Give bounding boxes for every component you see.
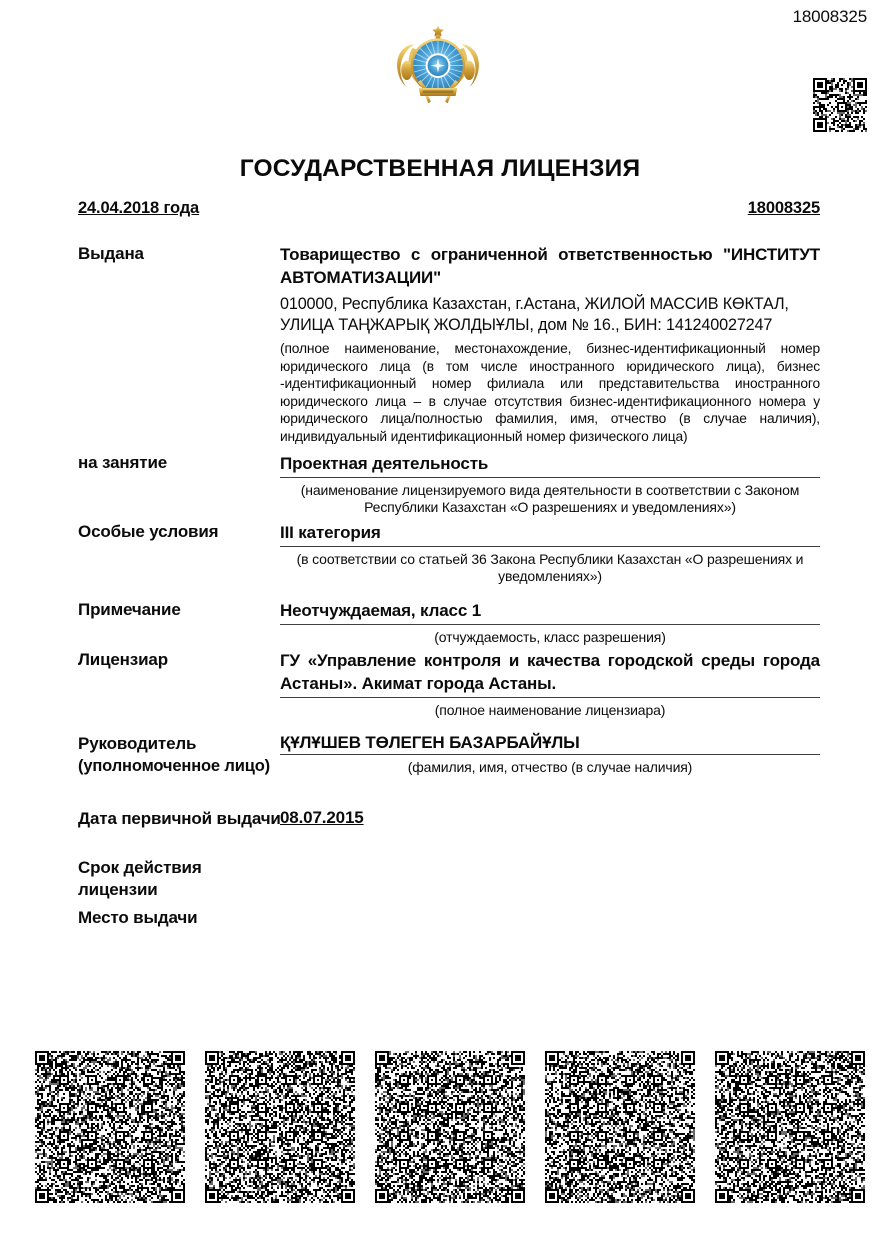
company-name-line2: АВТОМАТИЗАЦИИ" [280,266,820,289]
issued-to-caption: (полное наименование, местонахождение, б… [280,340,820,446]
activity-label: на занятие [78,452,278,474]
licensor-value-line2: Астаны». Акимат города Астаны. [280,672,820,698]
section-note: Примечание Неотчуждаемая, класс 1 (отчуж… [78,599,820,646]
matrix-barcode-icon [715,1051,865,1203]
document-number-top: 18008325 [793,7,867,27]
company-address-line1: 010000, Республика Казахстан, г.Астана, … [280,294,820,315]
section-activity: на занятие Проектная деятельность (наиме… [78,452,820,515]
company-address-line2: УЛИЦА ТАҢЖАРЫҚ ЖОЛДЫҰЛЫ, дом № 16., БИН:… [280,315,820,336]
section-licensor: Лицензиар ГУ «Управление контроля и каче… [78,649,820,719]
issued-to-label: Выдана [78,243,278,265]
license-document: 18008325 [0,0,880,1245]
note-caption: (отчуждаемость, класс разрешения) [280,629,820,646]
activity-caption-line2: Республики Казахстан «О разрешениях и ув… [280,499,820,516]
note-label: Примечание [78,599,278,621]
license-number: 18008325 [748,199,820,218]
special-conditions-caption-line2: уведомлениях») [280,568,820,585]
licensor-label: Лицензиар [78,649,278,671]
note-value: Неотчуждаемая, класс 1 [280,599,820,625]
validity-period-label-line2: лицензии [78,879,278,901]
special-conditions-caption-line1: (в соответствии со статьей 36 Закона Рес… [280,551,820,568]
activity-caption-line1: (наименование лицензируемого вида деятел… [280,482,820,499]
section-special-conditions: Особые условия III категория (в соответс… [78,521,820,584]
kazakhstan-coat-of-arms-icon [390,24,486,120]
head-caption: (фамилия, имя, отчество (в случае наличи… [280,759,820,776]
head-label-line2: (уполномоченное лицо) [78,755,278,777]
head-value: ҚҰЛҰШЕВ ТӨЛЕГЕН БАЗАРБАЙҰЛЫ [280,733,820,755]
matrix-barcode-icon [35,1051,185,1203]
first-issue-date-value: 08.07.2015 [280,808,364,828]
company-name-line1: Товарищество с ограниченной ответственно… [280,243,820,266]
section-issued-to: Выдана Товарищество с ограниченной ответ… [78,243,820,446]
licensor-value-line1: ГУ «Управление контроля и качества город… [280,649,820,672]
activity-value: Проектная деятельность [280,452,820,478]
head-label-line1: Руководитель [78,733,278,755]
head-label: Руководитель (уполномоченное лицо) [78,733,278,777]
matrix-barcode-icon [545,1051,695,1203]
licensor-caption: (полное наименование лицензиара) [280,702,820,719]
first-issue-date-label: Дата первичной выдачи [78,808,288,830]
special-conditions-label: Особые условия [78,521,278,543]
validity-period-label: Срок действия лицензии [78,857,278,901]
issue-place-label: Место выдачи [78,907,278,929]
issue-date: 24.04.2018 года [78,199,199,218]
qr-code-icon [813,78,867,132]
document-title: ГОСУДАРСТВЕННАЯ ЛИЦЕНЗИЯ [0,155,880,183]
section-head: Руководитель (уполномоченное лицо) ҚҰЛҰШ… [78,733,820,776]
company-address: 010000, Республика Казахстан, г.Астана, … [280,294,820,335]
matrix-barcode-icon [375,1051,525,1203]
matrix-barcode-icon [205,1051,355,1203]
date-number-row: 24.04.2018 года 18008325 [78,199,820,218]
special-conditions-value: III категория [280,521,820,547]
validity-period-label-line1: Срок действия [78,857,278,879]
